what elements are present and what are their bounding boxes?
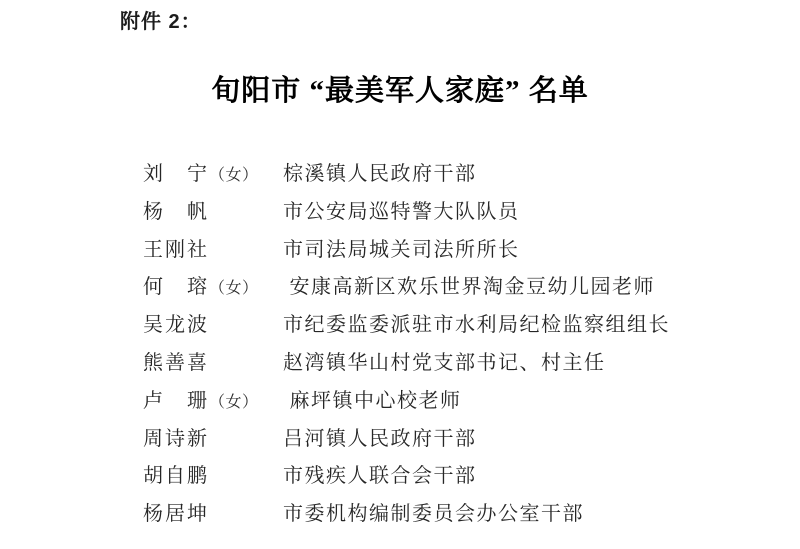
- person-role: 赵湾镇华山村党支部书记、村主任: [283, 345, 606, 383]
- name-text: 熊善喜: [143, 352, 209, 374]
- name-text: 胡自鹏: [143, 465, 209, 487]
- person-role: 市残疾人联合会干部: [283, 458, 477, 496]
- person-role: 市委机构编制委员会办公室干部: [283, 496, 584, 534]
- list-item: 卢 珊（女） 麻坪镇中心校老师: [143, 383, 760, 421]
- name-text: 周诗新: [143, 428, 209, 450]
- list-item: 胡自鹏 市残疾人联合会干部: [143, 458, 760, 496]
- name-text: 杨居坤: [143, 503, 209, 525]
- list-item: 周诗新 吕河镇人民政府干部: [143, 421, 760, 459]
- attachment-label: 附件 2：: [120, 9, 202, 35]
- list-item: 何 瑢（女） 安康高新区欢乐世界淘金豆幼儿园老师: [143, 269, 760, 307]
- honoree-list: 刘 宁（女） 棕溪镇人民政府干部 杨 帆 市公安局巡特警大队队员 王刚社 市司法…: [143, 156, 760, 534]
- person-name: 杨 帆: [143, 194, 283, 233]
- person-role: 麻坪镇中心校老师: [283, 383, 462, 421]
- list-item: 熊善喜 赵湾镇华山村党支部书记、村主任: [143, 345, 760, 383]
- name-text: 何 瑢: [143, 276, 209, 298]
- document-page: 附件 2： 旬阳市 “最美军人家庭” 名单 刘 宁（女） 棕溪镇人民政府干部 杨…: [0, 0, 800, 549]
- person-role: 吕河镇人民政府干部: [283, 421, 477, 459]
- list-item: 刘 宁（女） 棕溪镇人民政府干部: [143, 156, 760, 194]
- list-item: 杨 帆 市公安局巡特警大队队员: [143, 194, 760, 232]
- person-role: 棕溪镇人民政府干部: [283, 156, 477, 194]
- gender-note: （女）: [209, 280, 259, 297]
- person-name: 刘 宁（女）: [143, 156, 283, 195]
- list-item: 吴龙波 市纪委监委派驻市水利局纪检监察组组长: [143, 307, 760, 345]
- person-name: 杨居坤: [143, 496, 283, 535]
- person-role: 安康高新区欢乐世界淘金豆幼儿园老师: [283, 269, 655, 307]
- name-text: 杨 帆: [143, 201, 209, 223]
- gender-note: （女）: [209, 394, 259, 411]
- gender-note: （女）: [209, 167, 259, 184]
- page-title: 旬阳市 “最美军人家庭” 名单: [0, 72, 800, 110]
- person-name: 熊善喜: [143, 345, 283, 384]
- person-role: 市公安局巡特警大队队员: [283, 194, 520, 232]
- person-name: 胡自鹏: [143, 458, 283, 497]
- person-name: 周诗新: [143, 421, 283, 460]
- person-name: 王刚社: [143, 232, 283, 271]
- name-text: 王刚社: [143, 239, 209, 261]
- person-name: 卢 珊（女）: [143, 383, 283, 422]
- person-name: 吴龙波: [143, 307, 283, 346]
- name-text: 卢 珊: [143, 390, 209, 412]
- list-item: 王刚社 市司法局城关司法所所长: [143, 232, 760, 270]
- list-item: 杨居坤 市委机构编制委员会办公室干部: [143, 496, 760, 534]
- name-text: 吴龙波: [143, 314, 209, 336]
- person-name: 何 瑢（女）: [143, 269, 283, 308]
- person-role: 市纪委监委派驻市水利局纪检监察组组长: [283, 307, 670, 345]
- name-text: 刘 宁: [143, 163, 209, 185]
- person-role: 市司法局城关司法所所长: [283, 232, 520, 270]
